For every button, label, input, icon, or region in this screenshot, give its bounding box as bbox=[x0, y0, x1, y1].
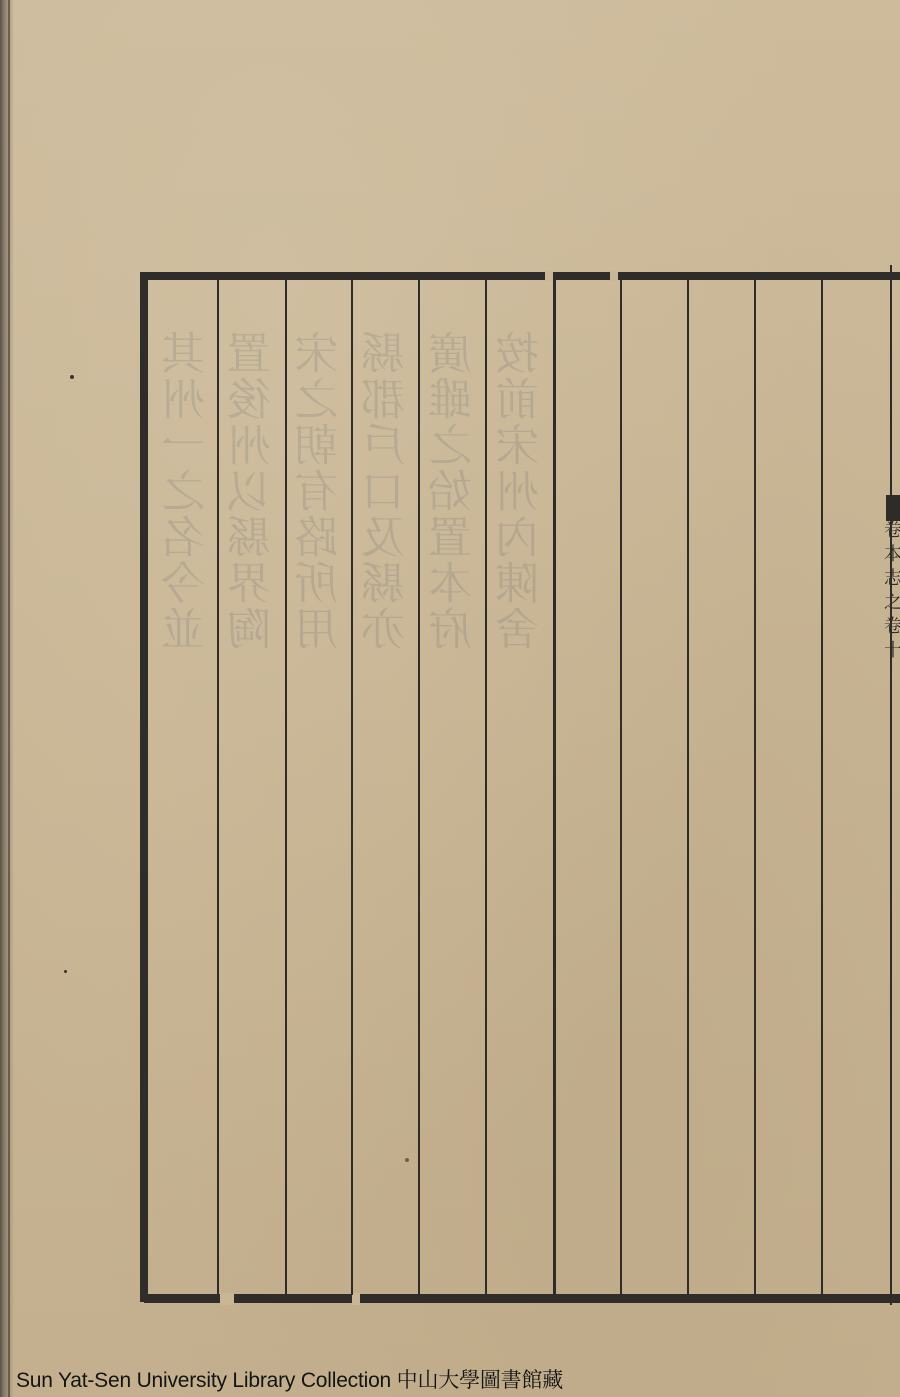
fishtail-block bbox=[886, 495, 900, 521]
column-rule bbox=[217, 280, 219, 1295]
column-rule bbox=[754, 280, 756, 1295]
paper-speck bbox=[70, 375, 74, 379]
binding-edge-line bbox=[8, 0, 10, 1397]
paper-speck bbox=[405, 1158, 409, 1162]
frame-left-border bbox=[140, 272, 148, 1302]
column-rule bbox=[485, 280, 487, 1295]
column-rule bbox=[351, 280, 353, 1295]
column-rule bbox=[418, 280, 420, 1295]
frame-top-border bbox=[140, 272, 900, 280]
library-collection-caption: Sun Yat-Sen University Library Collectio… bbox=[16, 1364, 563, 1392]
column-rule bbox=[285, 280, 287, 1295]
column-rule bbox=[821, 280, 823, 1295]
book-page: 其州一之名今並 置後州以縣界陶 宋之朝有路所用 縣郡戶口及縣亦 廣雖之始置本府 … bbox=[0, 0, 900, 1397]
column-rule-center bbox=[553, 280, 556, 1295]
page-binding-edge bbox=[0, 0, 14, 1397]
center-fold-fishtail bbox=[886, 265, 900, 1305]
ruled-frame bbox=[140, 272, 900, 1302]
column-rule bbox=[620, 280, 622, 1295]
frame-bottom-border bbox=[144, 1294, 900, 1303]
column-rule bbox=[687, 280, 689, 1295]
paper-speck bbox=[64, 970, 67, 973]
fishtail-text: 卷本志之卷十 bbox=[884, 520, 900, 664]
